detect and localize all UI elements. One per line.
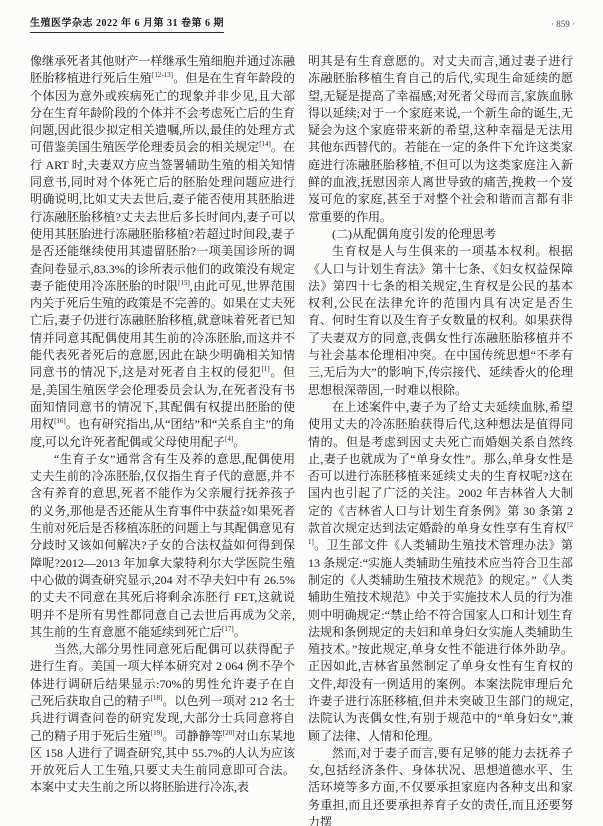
citation-ref: [19]: [151, 729, 163, 737]
citation-ref: [14]: [259, 140, 271, 148]
paragraph: 像继承死者其他财产一样继承生殖细胞并通过冻融胚胎移植进行死后生殖[12-13]。…: [30, 53, 295, 451]
text-columns: 像继承死者其他财产一样继承生殖细胞并通过冻融胚胎移植进行死后生殖[12-13]。…: [30, 53, 573, 826]
paragraph: 当然,大部分男性同意死后配偶可以获得配子进行生育。美国一项大样本研究对 2 06…: [30, 641, 295, 797]
paragraph: 明其是有生育意愿的。对丈夫而言,通过妻子进行冻融胚胎移植生育自己的后代,实现生命…: [308, 53, 573, 226]
citation-ref: [15]: [178, 279, 190, 287]
left-column: 像继承死者其他财产一样继承生殖细胞并通过冻融胚胎移植进行死后生殖[12-13]。…: [30, 53, 295, 826]
journal-page: 生殖医学杂志 2022 年 6 月第 31 卷第 6 期 · 859 · 像继承…: [0, 0, 603, 826]
citation-ref: [1]: [261, 365, 269, 373]
citation-ref: [21]: [308, 521, 573, 546]
page-number: · 859 ·: [551, 19, 575, 33]
citation-ref: [12-13]: [152, 71, 173, 79]
citation-ref: [17]: [222, 625, 234, 633]
journal-title: 生殖医学杂志 2022 年 6 月第 31 卷第 6 期: [30, 14, 224, 33]
citation-ref: [20]: [223, 729, 235, 737]
paragraph: “生育子女”通常含有生及养的意思,配偶使用丈夫生前的冷冻胚胎,仅仅指生育子代的意…: [30, 451, 295, 641]
paragraph: (二)从配偶角度引发的伦理思考: [308, 226, 573, 243]
page-header: 生殖医学杂志 2022 年 6 月第 31 卷第 6 期 · 859 ·: [30, 14, 575, 33]
citation-ref: [16]: [54, 417, 66, 425]
paragraph: 生育权是人与生俱来的一项基本权利。根据《人口与计划生育法》第十七条、《妇女权益保…: [308, 243, 573, 399]
right-column: 明其是有生育意愿的。对丈夫而言,通过妻子进行冻融胚胎移植生育自己的后代,实现生命…: [308, 53, 573, 826]
citation-ref: [18]: [151, 694, 163, 702]
paragraph: 然而,对于妻子而言,要有足够的能力去抚养子女,包括经济条件、身体状况、思想道德水…: [308, 745, 573, 826]
paragraph: 在上述案件中,妻子为了给丈夫延续血脉,希望使用丈夫的冷冻胚胎获得后代,这种想法是…: [308, 399, 573, 745]
citation-ref: [4]: [225, 435, 233, 443]
